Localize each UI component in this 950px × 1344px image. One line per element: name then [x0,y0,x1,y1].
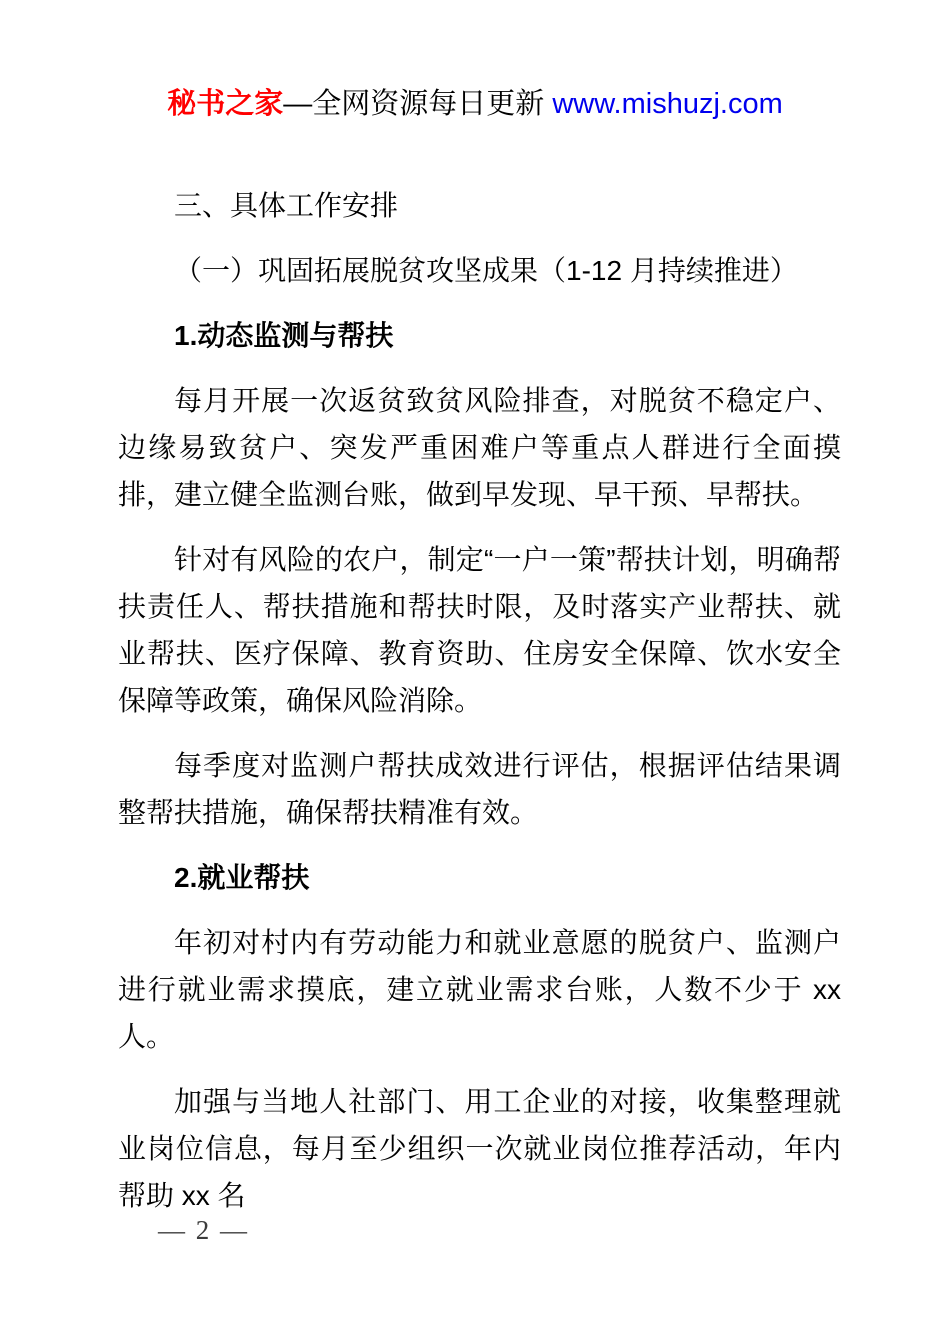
section-1-paragraph-2: 针对有风险的农户，制定“一户一策”帮扶计划，明确帮扶责任人、帮扶措施和帮扶时限，… [118,536,841,724]
section-2-paragraph-1: 年初对村内有劳动能力和就业意愿的脱贫户、监测户进行就业需求摸底，建立就业需求台账… [118,919,841,1060]
section-1-heading: 1.动态监测与帮扶 [118,312,841,359]
heading-level-1: 三、具体工作安排 [118,182,841,229]
document-page: 秘书之家—全网资源每日更新 www.mishuzj.com 三、具体工作安排 （… [0,0,950,1344]
section-1-paragraph-3: 每季度对监测户帮扶成效进行评估，根据评估结果调整帮扶措施，确保帮扶精准有效。 [118,742,841,836]
document-body: 三、具体工作安排 （一）巩固拓展脱贫攻坚成果（1-12 月持续推进） 1.动态监… [118,182,841,1237]
heading-level-2: （一）巩固拓展脱贫攻坚成果（1-12 月持续推进） [118,247,841,294]
site-url-link[interactable]: www.mishuzj.com [552,88,782,120]
section-1-paragraph-1: 每月开展一次返贫致贫风险排查，对脱贫不稳定户、边缘易致贫户、突发严重困难户等重点… [118,377,841,518]
page-number: — 2 — [158,1215,249,1246]
site-name: 秘书之家 [167,88,283,120]
section-2-heading: 2.就业帮扶 [118,854,841,901]
page-header: 秘书之家—全网资源每日更新 www.mishuzj.com [0,84,950,124]
section-2-paragraph-2: 加强与当地人社部门、用工企业的对接，收集整理就业岗位信息，每月至少组织一次就业岗… [118,1078,841,1219]
header-tagline: —全网资源每日更新 [283,88,552,120]
